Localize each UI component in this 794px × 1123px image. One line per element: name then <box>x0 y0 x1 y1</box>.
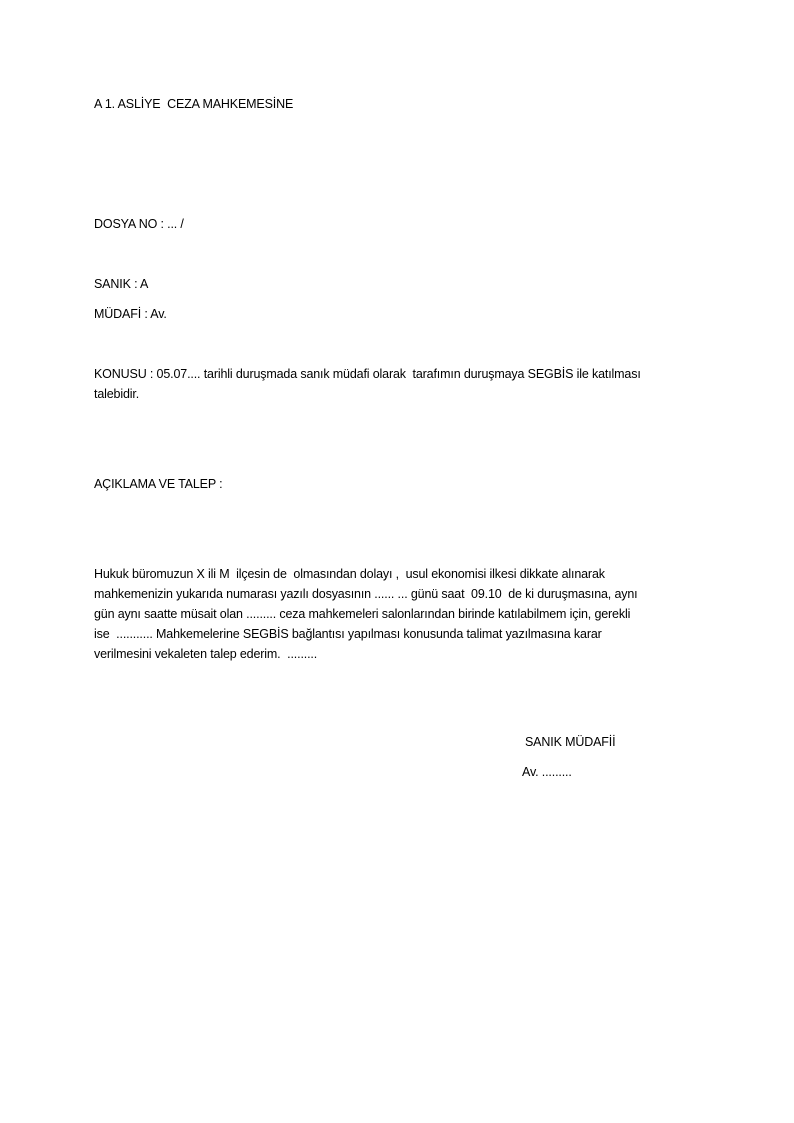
file-number: DOSYA NO : ... / <box>94 214 184 234</box>
explanation-heading: AÇIKLAMA VE TALEP : <box>94 474 222 494</box>
body-line: verilmesini vekaleten talep ederim. ....… <box>94 644 704 664</box>
body-line: Hukuk büromuzun X ili M ilçesin de olmas… <box>94 564 704 584</box>
defense-counsel: MÜDAFİ : Av. <box>94 304 167 324</box>
subject-line: talebidir. <box>94 384 704 404</box>
court-title: A 1. ASLİYE CEZA MAHKEMESİNE <box>94 94 293 114</box>
request-body-paragraph: Hukuk büromuzun X ili M ilçesin de olmas… <box>94 564 704 664</box>
subject-line: KONUSU : 05.07.... tarihli duruşmada san… <box>94 364 704 384</box>
body-line: gün aynı saatte müsait olan ......... ce… <box>94 604 704 624</box>
body-line: ise ........... Mahkemelerine SEGBİS bağ… <box>94 624 704 644</box>
signature-name: Av. ......... <box>522 762 572 782</box>
defendant: SANIK : A <box>94 274 148 294</box>
subject-paragraph: KONUSU : 05.07.... tarihli duruşmada san… <box>94 364 704 404</box>
body-line: mahkemenizin yukarıda numarası yazılı do… <box>94 584 704 604</box>
signature-title: SANIK MÜDAFİİ <box>525 732 615 752</box>
